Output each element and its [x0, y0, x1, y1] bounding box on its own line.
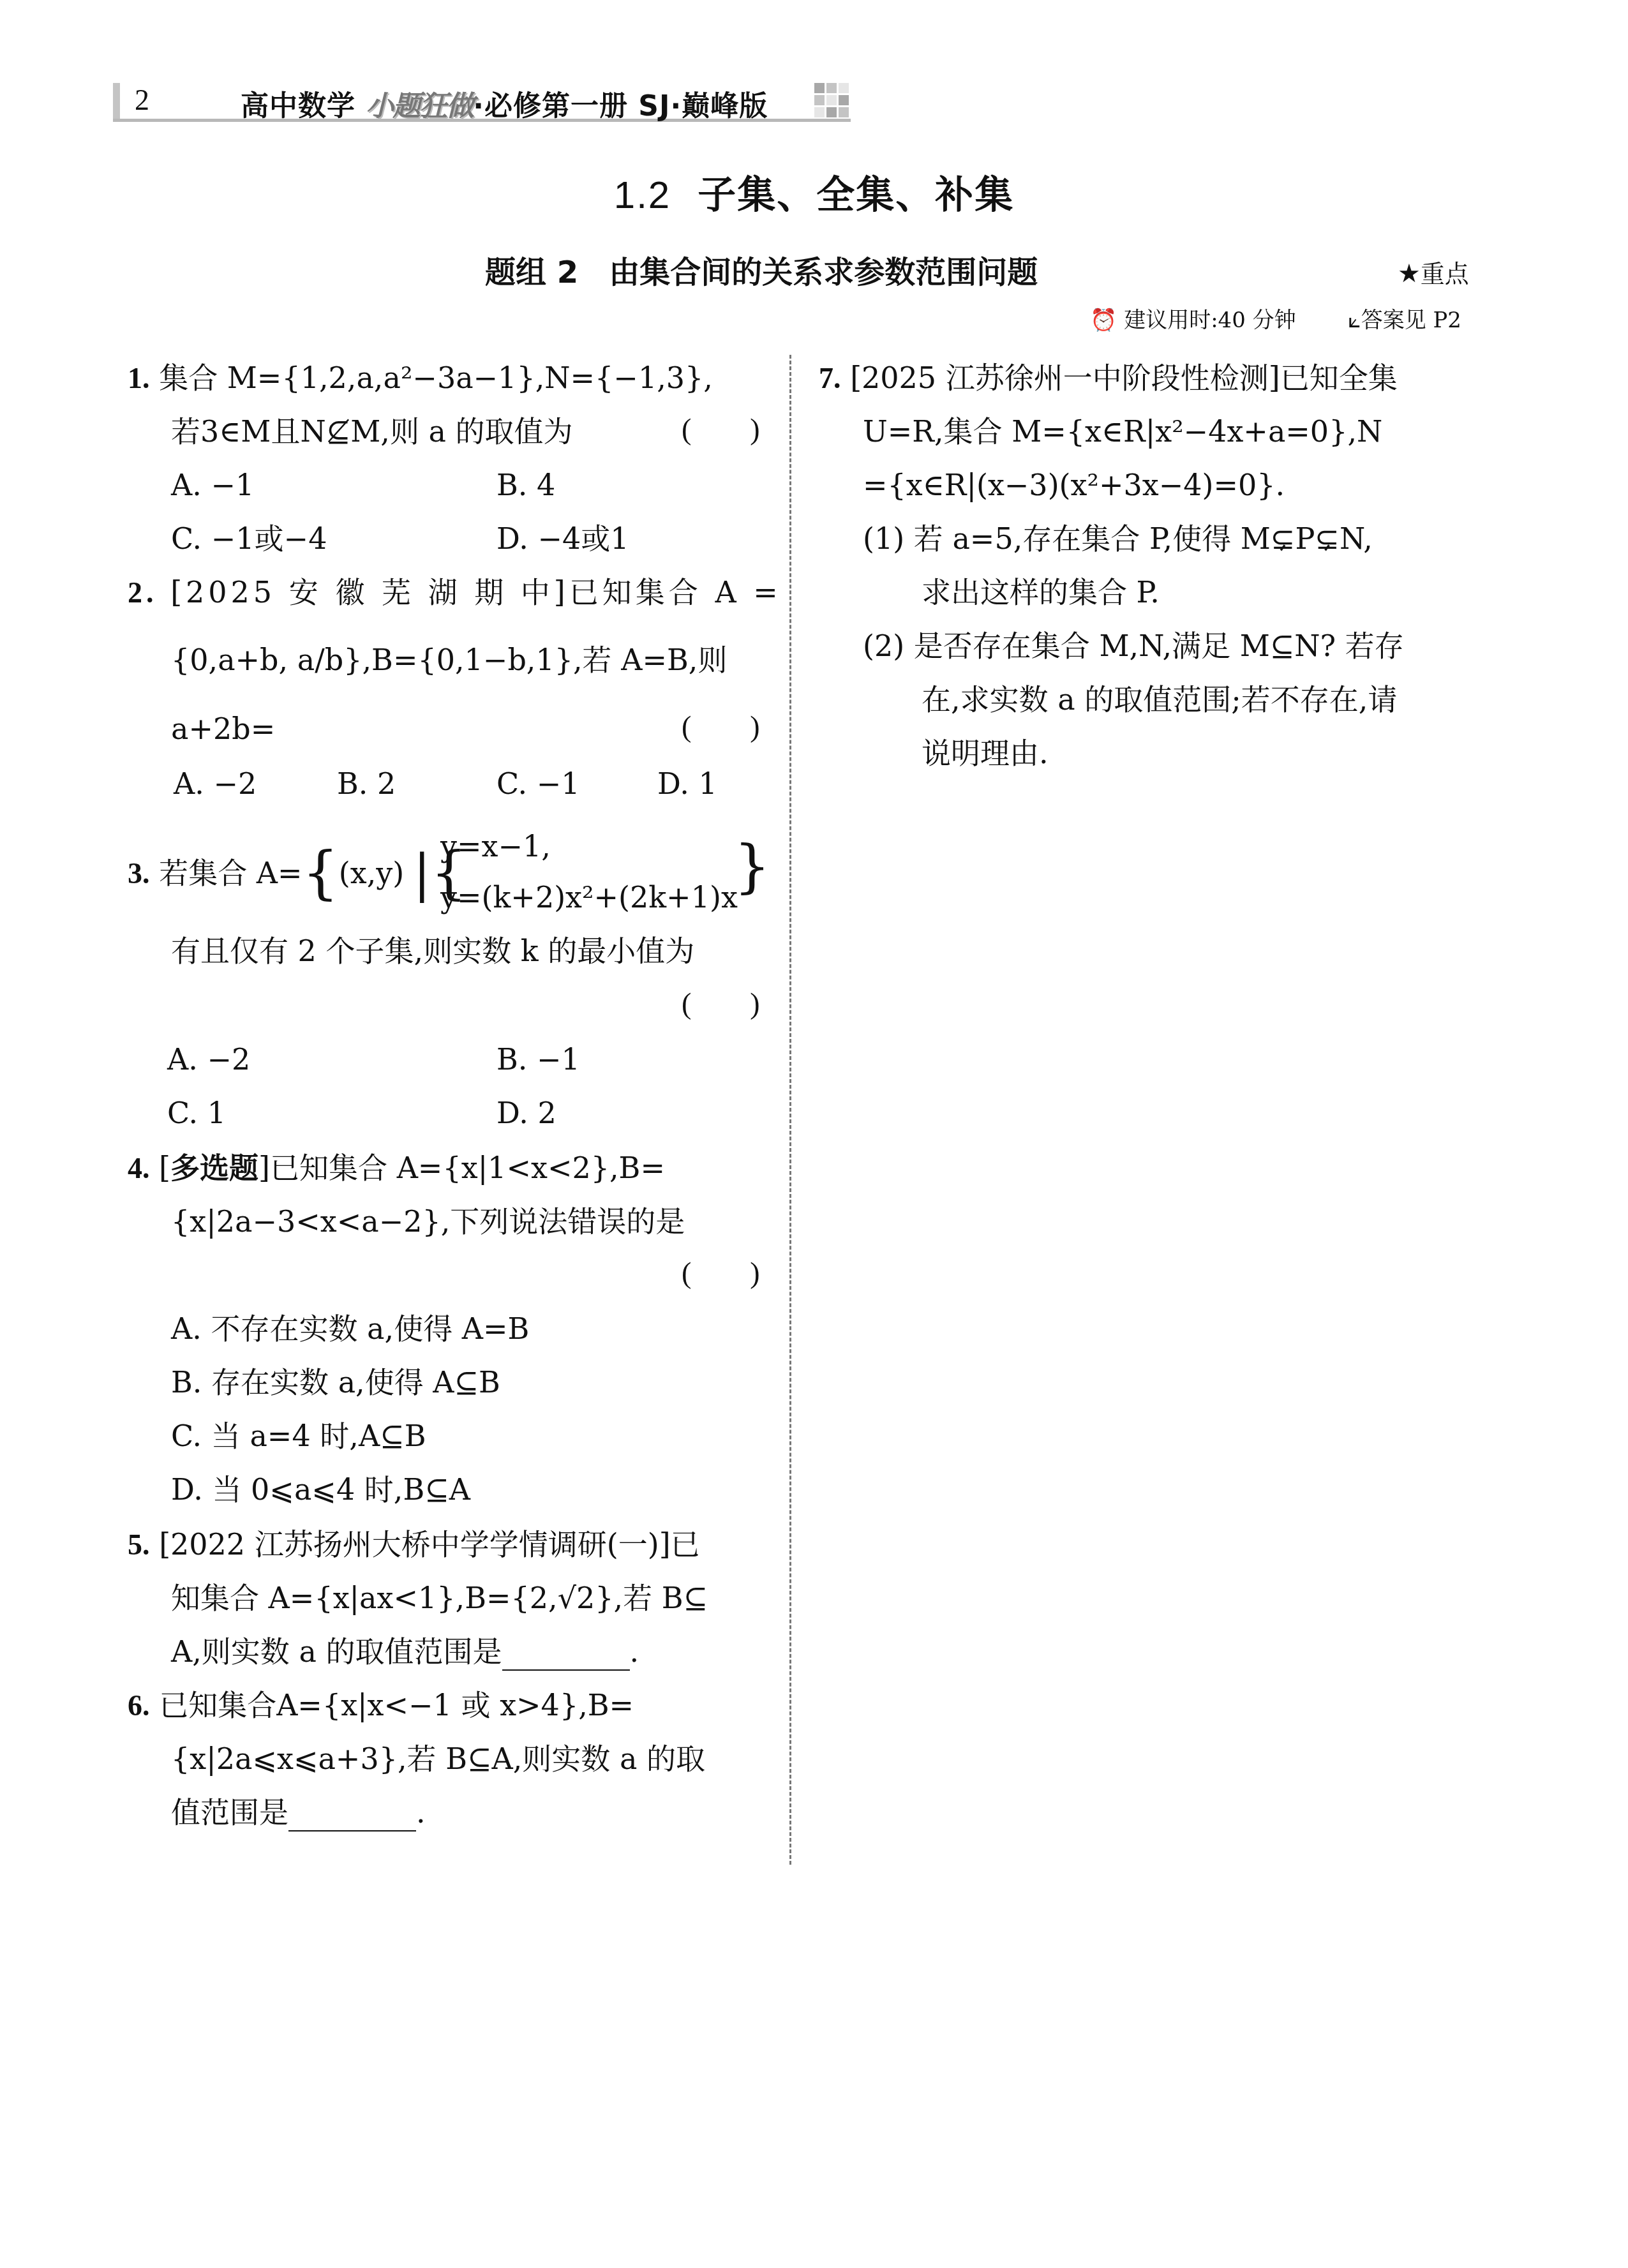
question-text: 知集合 A={x|ax<1},B={2,√2},若 B⊆ [171, 1581, 708, 1615]
option-a[interactable]: A. 不存在实数 a,使得 A=B [171, 1309, 529, 1348]
question-text: {x|2a−3<x<a−2},下列说法错误的是 [171, 1204, 685, 1239]
question-text: 若集合 A= [159, 856, 302, 890]
answer-blank-paren[interactable]: ( ) [682, 987, 760, 1020]
question-7-line-2: U=R,集合 M={x∈R|x²−4x+a=0},N [863, 412, 1382, 451]
period: . [630, 1634, 639, 1669]
option-c[interactable]: C. 1 [167, 1094, 226, 1132]
question-text: a+2b= [171, 712, 275, 746]
part-text: 求出这样的集合 P. [922, 575, 1160, 609]
brand-logo: 小题狂做 [366, 90, 473, 123]
question-text: 已知集合A={x|x<−1 或 x>4},B= [159, 1688, 634, 1722]
question-number: 3. [128, 857, 150, 890]
square [839, 83, 849, 93]
question-text: 已知集合 A={x|1<x<2},B= [270, 1151, 665, 1185]
question-7-line-3: ={x∈R|(x−3)(x²+3x−4)=0}. [863, 466, 1285, 504]
question-text: [2022 江苏扬州大桥中学学情调研(一)]已 [159, 1527, 699, 1562]
question-text: ={x∈R|(x−3)(x²+3x−4)=0}. [863, 468, 1285, 502]
answer-blank-paren[interactable]: ( ) [682, 1256, 760, 1290]
answer-blank-paren[interactable]: ( ) [682, 412, 760, 446]
question-5-line-1: 5. [2022 江苏扬州大桥中学学情调研(一)]已 [128, 1525, 700, 1564]
page-number: 2 [135, 83, 149, 117]
system-equation-2: y=(k+2)x²+(2k+1)x [440, 878, 738, 916]
multi-choice-tag: 多选题 [170, 1151, 258, 1185]
part-2-line-3: 说明理由. [922, 734, 1049, 772]
question-text: 若3∈M且N⊈M,则 a 的取值为 [171, 414, 573, 449]
part-2-line-1: (2) 是否存在集合 M,N,满足 M⊆N? 若存 [863, 627, 1404, 665]
question-3-line-2: 有且仅有 2 个子集,则实数 k 的最小值为 [171, 932, 694, 970]
question-number: 4. [128, 1152, 150, 1184]
question-4-line-2: {x|2a−3<x<a−2},下列说法错误的是 [171, 1202, 685, 1241]
system-equation-1: y=x−1, [440, 827, 551, 865]
question-6-line-3: 值范围是. [171, 1793, 426, 1832]
question-5-line-2: 知集合 A={x|ax<1},B={2,√2},若 B⊆ [171, 1579, 708, 1617]
part-1-line-1: (1) 若 a=5,存在集合 P,使得 M⊊P⊊N, [863, 519, 1373, 558]
square [839, 107, 849, 117]
group-label: 题组 2 [485, 255, 578, 290]
option-b[interactable]: B. 4 [497, 466, 555, 504]
answer-ref: 答案见 P2 [1361, 308, 1461, 333]
question-7-line-1: 7. [2025 江苏徐州一中阶段性检测]已知全集 [819, 359, 1398, 398]
option-b[interactable]: B. 存在实数 a,使得 A⊆B [171, 1363, 500, 1401]
question-number: 5. [128, 1528, 150, 1561]
part-text: 若 a=5,存在集合 P,使得 M⊊P⊊N, [914, 521, 1373, 556]
question-number: 2. [128, 576, 158, 609]
option-a[interactable]: A. −1 [171, 466, 254, 504]
answer-ref-icon: ⟀ [1348, 308, 1361, 333]
option-b[interactable]: B. −1 [497, 1040, 580, 1078]
square [826, 107, 837, 117]
question-text: {0,a+b, a/b},B={0,1−b,1},若 A=B,则 [171, 643, 727, 677]
book-title-prefix: 高中数学 [241, 90, 355, 123]
book-title-suffix: ·必修第一册 SJ·巅峰版 [473, 90, 768, 123]
question-text: [2025 安 徽 芜 湖 期 中]已知集合 A = [170, 575, 782, 609]
option-a[interactable]: A. −2 [174, 765, 257, 803]
running-header: 2 高中数学 小题狂做·必修第一册 SJ·巅峰版 [113, 82, 851, 121]
set-close-brace: } [734, 847, 770, 886]
option-c[interactable]: C. 当 a=4 时,A⊆B [171, 1417, 426, 1455]
group-title: 题组 2由集合间的关系求参数范围问题 [485, 248, 1038, 292]
part-text: 说明理由. [922, 736, 1049, 770]
question-2-line-2: {0,a+b, a/b},B={0,1−b,1},若 A=B,则 [171, 641, 727, 679]
question-text: U=R,集合 M={x∈R|x²−4x+a=0},N [863, 414, 1382, 449]
option-d[interactable]: D. 1 [657, 765, 717, 803]
part-label: (1) [863, 521, 904, 556]
part-2-line-2: 在,求实数 a 的取值范围;若不存在,请 [922, 680, 1397, 719]
option-a[interactable]: A. −2 [167, 1040, 250, 1078]
question-text: 集合 M={1,2,a,a²−3a−1},N={−1,3}, [159, 361, 713, 395]
section-title: 1.2子集、全集、补集 [0, 165, 1628, 220]
question-number: 1. [128, 362, 150, 394]
option-b[interactable]: B. 2 [337, 765, 396, 803]
book-title: 高中数学 小题狂做·必修第一册 SJ·巅峰版 [241, 83, 768, 124]
part-1-line-2: 求出这样的集合 P. [922, 573, 1160, 611]
fill-in-blank[interactable] [288, 1802, 416, 1832]
question-number: 7. [819, 362, 841, 394]
option-d[interactable]: D. 当 0⩽a⩽4 时,B⊆A [171, 1470, 470, 1509]
section-number: 1.2 [614, 174, 671, 216]
question-number: 6. [128, 1689, 150, 1722]
fill-in-blank[interactable] [502, 1641, 630, 1671]
answer-blank-paren[interactable]: ( ) [682, 710, 760, 743]
option-d[interactable]: D. 2 [497, 1094, 556, 1132]
question-2-line-1: 2. [2025 安 徽 芜 湖 期 中]已知集合 A = [128, 573, 782, 612]
option-c[interactable]: C. −1 [497, 765, 580, 803]
option-c[interactable]: C. −1或−4 [171, 519, 327, 558]
question-text: [2025 江苏徐州一中阶段性检测]已知全集 [850, 361, 1398, 395]
decorative-squares-icon [814, 83, 849, 117]
question-text: A,则实数 a 的取值范围是 [171, 1634, 502, 1669]
question-1-line-2: 若3∈M且N⊈M,则 a 的取值为 [171, 412, 573, 451]
option-d[interactable]: D. −4或1 [497, 519, 629, 558]
part-text: 是否存在集合 M,N,满足 M⊆N? 若存 [914, 629, 1404, 663]
question-text: 值范围是 [171, 1795, 288, 1830]
ordered-pair: (x,y) [339, 856, 404, 890]
question-6-line-2: {x|2a⩽x⩽a+3},若 B⊆A,则实数 a 的取 [171, 1740, 705, 1778]
square [826, 95, 837, 105]
group-name: 由集合间的关系求参数范围问题 [609, 255, 1038, 290]
question-4-line-1: 4. [多选题]已知集合 A={x|1<x<2},B= [128, 1149, 665, 1188]
square [826, 83, 837, 93]
question-3-line-1: 3. 若集合 A={(x,y) |{ [128, 854, 467, 893]
square [814, 107, 825, 117]
question-text: {x|2a⩽x⩽a+3},若 B⊆A,则实数 a 的取 [171, 1742, 705, 1776]
section-name: 子集、全集、补集 [698, 173, 1014, 218]
question-6-line-1: 6. 已知集合A={x|x<−1 或 x>4},B= [128, 1686, 634, 1725]
suggested-time: 建议用时:40 分钟 [1124, 308, 1296, 333]
question-2-line-3: a+2b= [171, 710, 275, 748]
square [839, 95, 849, 105]
part-text: 在,求实数 a 的取值范围;若不存在,请 [922, 682, 1397, 717]
key-point-badge: ★重点 [1398, 254, 1469, 289]
meta-line: ⏰ 建议用时:40 分钟 ⟀答案见 P2 [1090, 302, 1461, 334]
header-left-bar [113, 83, 120, 121]
alarm-clock-icon: ⏰ [1090, 308, 1117, 333]
square [814, 95, 825, 105]
star-icon: ★ [1398, 259, 1421, 288]
question-1-line-1: 1. 集合 M={1,2,a,a²−3a−1},N={−1,3}, [128, 359, 713, 398]
question-text: 有且仅有 2 个子集,则实数 k 的最小值为 [171, 934, 694, 968]
column-divider [789, 355, 791, 1865]
period: . [416, 1795, 426, 1830]
square [814, 83, 825, 93]
key-point-text: 重点 [1421, 260, 1469, 288]
part-label: (2) [863, 629, 904, 663]
question-5-line-3: A,则实数 a 的取值范围是. [171, 1632, 639, 1671]
